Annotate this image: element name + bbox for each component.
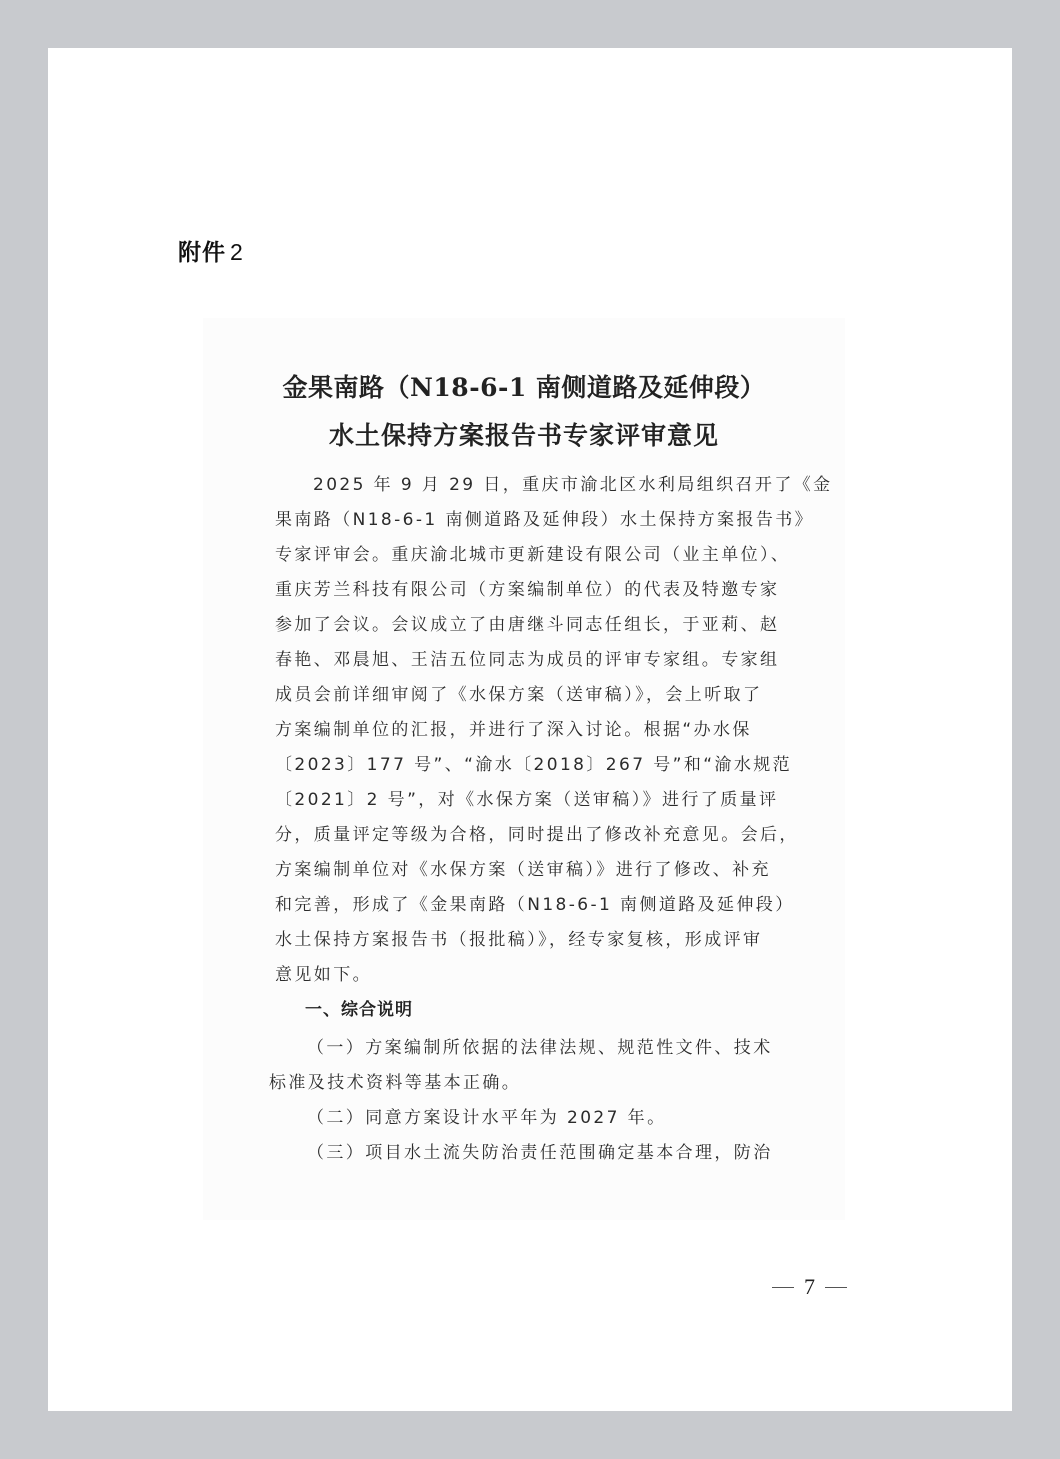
body-line: 和完善，形成了《金果南路（N18-6-1 南侧道路及延伸段） [275,890,795,915]
section-line: （二）同意方案设计水平年为 2027 年。 [307,1103,666,1128]
section-line: 标准及技术资料等基本正确。 [269,1068,521,1093]
body-line: 成员会前详细审阅了《水保方案（送审稿）》，会上听取了 [275,680,762,705]
attachment-number: 2 [230,239,244,265]
dash-decoration [825,1287,847,1288]
body-line: 方案编制单位的汇报，并进行了深入讨论。根据“办水保 [275,715,752,740]
body-line: 分，质量评定等级为合格，同时提出了修改补充意见。会后， [275,820,799,845]
page-number-value: 7 [804,1274,815,1300]
body-line: 重庆芳兰科技有限公司（方案编制单位）的代表及特邀专家 [275,575,779,600]
body-line: 意见如下。 [275,960,372,985]
body-line: 水土保持方案报告书（报批稿）》，经专家复核，形成评审 [275,925,762,950]
page-number: 7 [772,1274,847,1300]
scanned-document-image: 金果南路（N18-6-1 南侧道路及延伸段） 水土保持方案报告书专家评审意见 2… [203,318,845,1220]
attachment-label: 附件2 [178,234,244,267]
body-line: 〔2021〕2 号”，对《水保方案（送审稿）》进行了质量评 [275,785,778,810]
body-line: 果南路（N18-6-1 南侧道路及延伸段）水土保持方案报告书》 [275,505,814,530]
body-line: 春艳、邓晨旭、王洁五位同志为成员的评审专家组。专家组 [275,645,779,670]
body-line: 方案编制单位对《水保方案（送审稿）》进行了修改、补充 [275,855,771,880]
body-line: 〔2023〕177 号”、“渝水〔2018〕267 号”和“渝水规范 [275,750,792,775]
attachment-label-text: 附件 [178,240,226,266]
document-page: 附件2 金果南路（N18-6-1 南侧道路及延伸段） 水土保持方案报告书专家评审… [48,48,1012,1411]
section-line: （一）方案编制所依据的法律法规、规范性文件、技术 [307,1033,773,1058]
body-line: 2025 年 9 月 29 日，重庆市渝北区水利局组织召开了《金 [313,470,833,495]
section-heading: 一、综合说明 [305,995,413,1020]
section-line: （三）项目水土流失防治责任范围确定基本合理，防治 [307,1138,773,1163]
body-line: 参加了会议。会议成立了由唐继斗同志任组长，于亚莉、赵 [275,610,779,635]
body-line: 专家评审会。重庆渝北城市更新建设有限公司（业主单位）、 [275,540,790,565]
dash-decoration [772,1287,794,1288]
document-title-line-2: 水土保持方案报告书专家评审意见 [203,416,845,452]
document-title-line-1: 金果南路（N18-6-1 南侧道路及延伸段） [203,368,845,404]
